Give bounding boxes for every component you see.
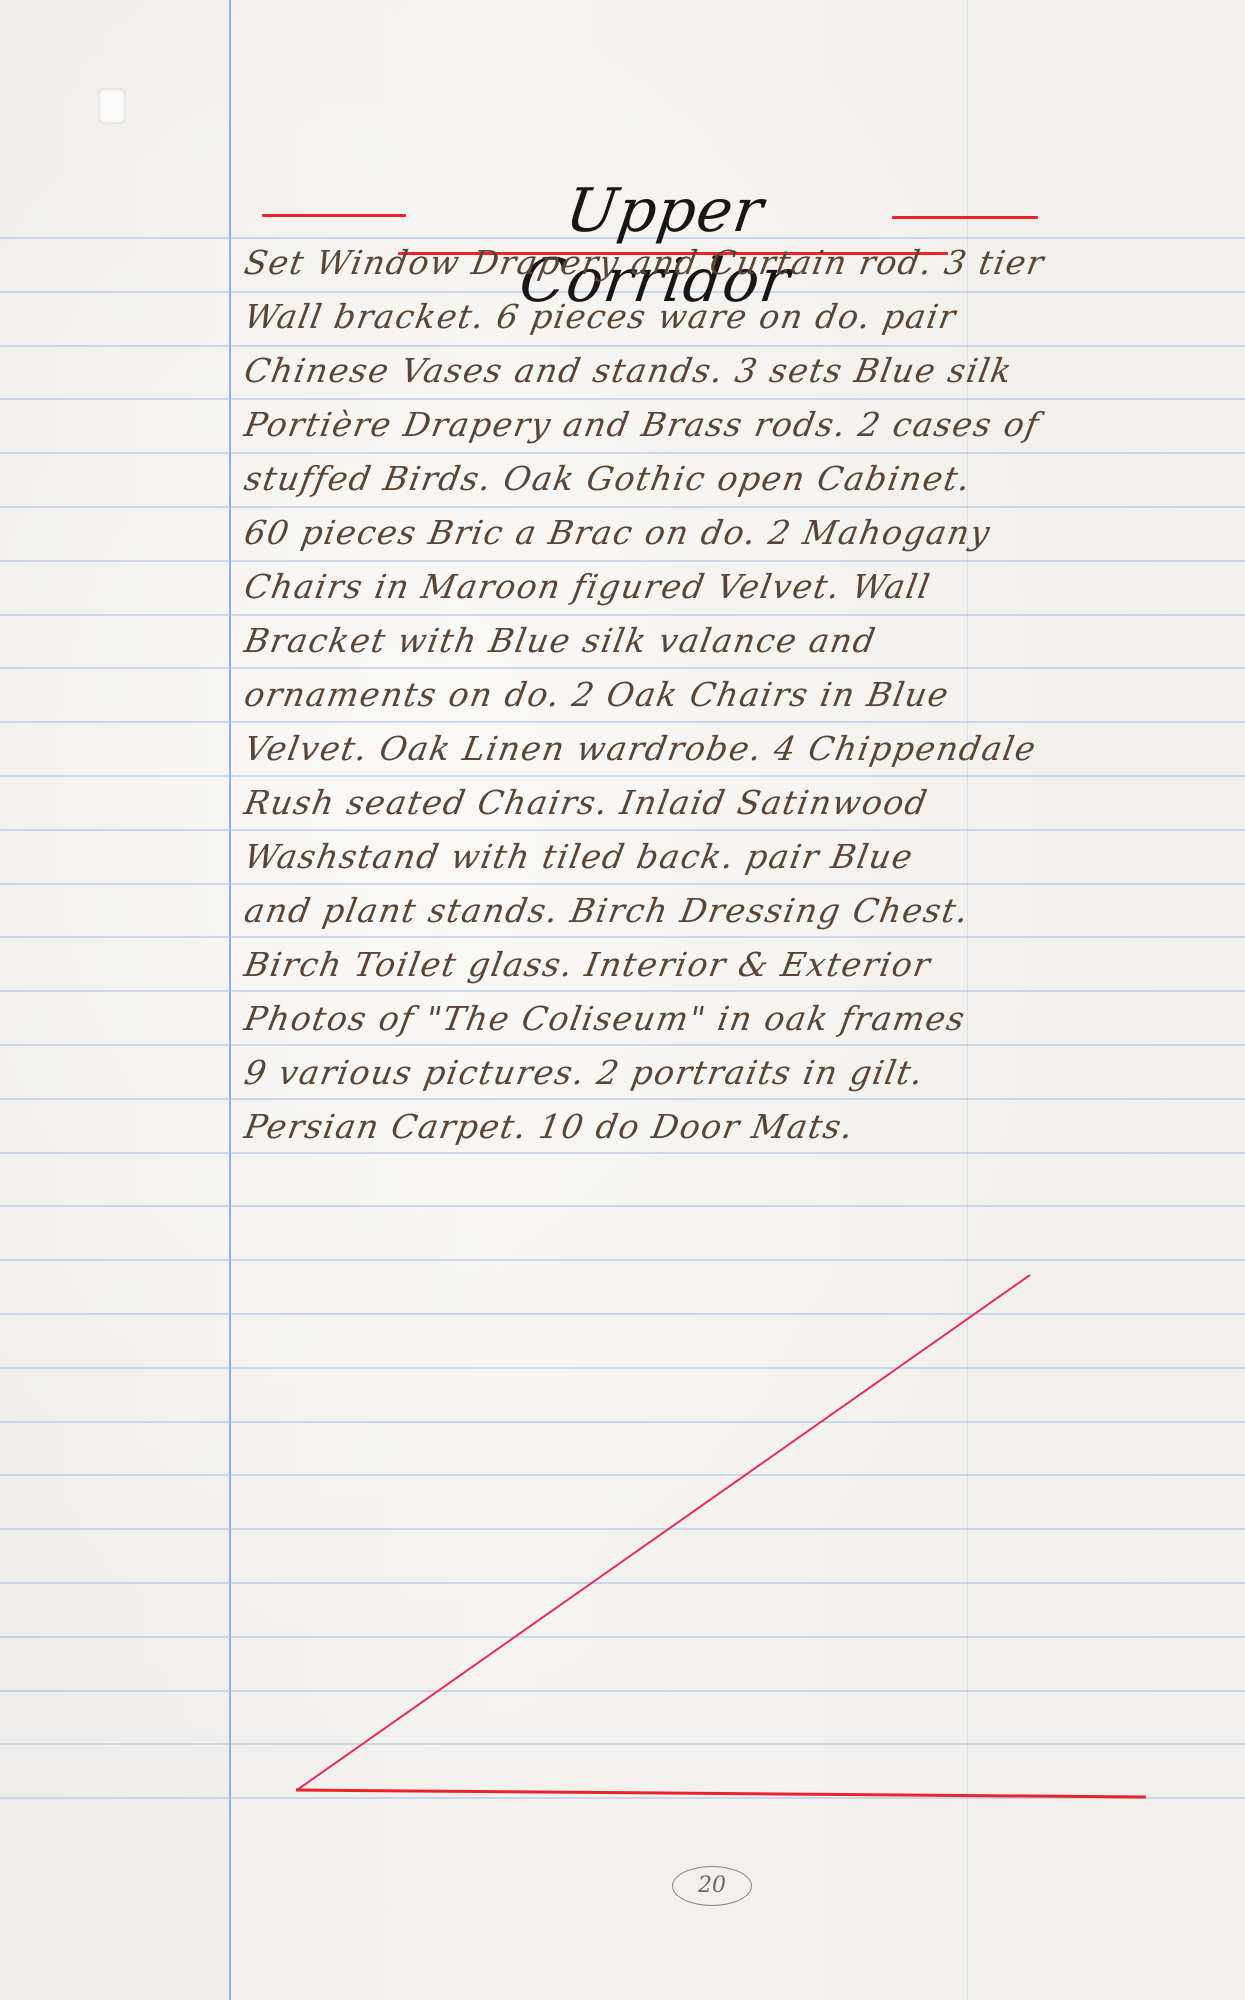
text-line: Bracket with Blue silk valance and bbox=[240, 614, 1230, 668]
ruled-line bbox=[0, 1205, 1245, 1207]
heading-right-rule bbox=[892, 216, 1038, 219]
text-line: Portière Drapery and Brass rods. 2 cases… bbox=[240, 398, 1230, 452]
heading-left-rule bbox=[262, 214, 406, 217]
strike-base bbox=[296, 1790, 1146, 1797]
text-line: Washstand with tiled back. pair Blue bbox=[240, 830, 1230, 884]
margin-line bbox=[229, 0, 231, 2000]
ruled-line bbox=[0, 1367, 1245, 1369]
ruled-line bbox=[0, 1528, 1245, 1530]
page-number: 20 bbox=[672, 1866, 752, 1906]
text-line: Set Window Drapery and Curtain rod. 3 ti… bbox=[240, 236, 1230, 290]
strike-diagonal bbox=[297, 1275, 1030, 1790]
text-line: Chairs in Maroon figured Velvet. Wall bbox=[240, 560, 1230, 614]
ruled-line bbox=[0, 1636, 1245, 1638]
ruled-line bbox=[0, 1259, 1245, 1261]
tape-mark bbox=[98, 88, 126, 124]
text-line: Persian Carpet. 10 do Door Mats. bbox=[240, 1100, 1230, 1154]
ruled-line bbox=[0, 1421, 1245, 1423]
ruled-line bbox=[0, 1743, 1245, 1745]
ledger-page: Upper Corridor Set Window Drapery and Cu… bbox=[0, 0, 1245, 2000]
text-line: Photos of "The Coliseum" in oak frames bbox=[240, 992, 1230, 1046]
text-line: Wall bracket. 6 pieces ware on do. pair bbox=[240, 290, 1230, 344]
text-line: ornaments on do. 2 Oak Chairs in Blue bbox=[240, 668, 1230, 722]
ruled-line bbox=[0, 1474, 1245, 1476]
ruled-line bbox=[0, 1690, 1245, 1692]
text-line: 60 pieces Bric a Brac on do. 2 Mahogany bbox=[240, 506, 1230, 560]
text-line: Velvet. Oak Linen wardrobe. 4 Chippendal… bbox=[240, 722, 1230, 776]
text-line: 9 various pictures. 2 portraits in gilt. bbox=[240, 1046, 1230, 1100]
text-line: Birch Toilet glass. Interior & Exterior bbox=[240, 938, 1230, 992]
ruled-line bbox=[0, 1582, 1245, 1584]
text-line: and plant stands. Birch Dressing Chest. bbox=[240, 884, 1230, 938]
ruled-line bbox=[0, 1797, 1245, 1799]
text-line: Chinese Vases and stands. 3 sets Blue si… bbox=[240, 344, 1230, 398]
text-line: stuffed Birds. Oak Gothic open Cabinet. bbox=[240, 452, 1230, 506]
ruled-line bbox=[0, 1313, 1245, 1315]
text-line: Rush seated Chairs. Inlaid Satinwood bbox=[240, 776, 1230, 830]
